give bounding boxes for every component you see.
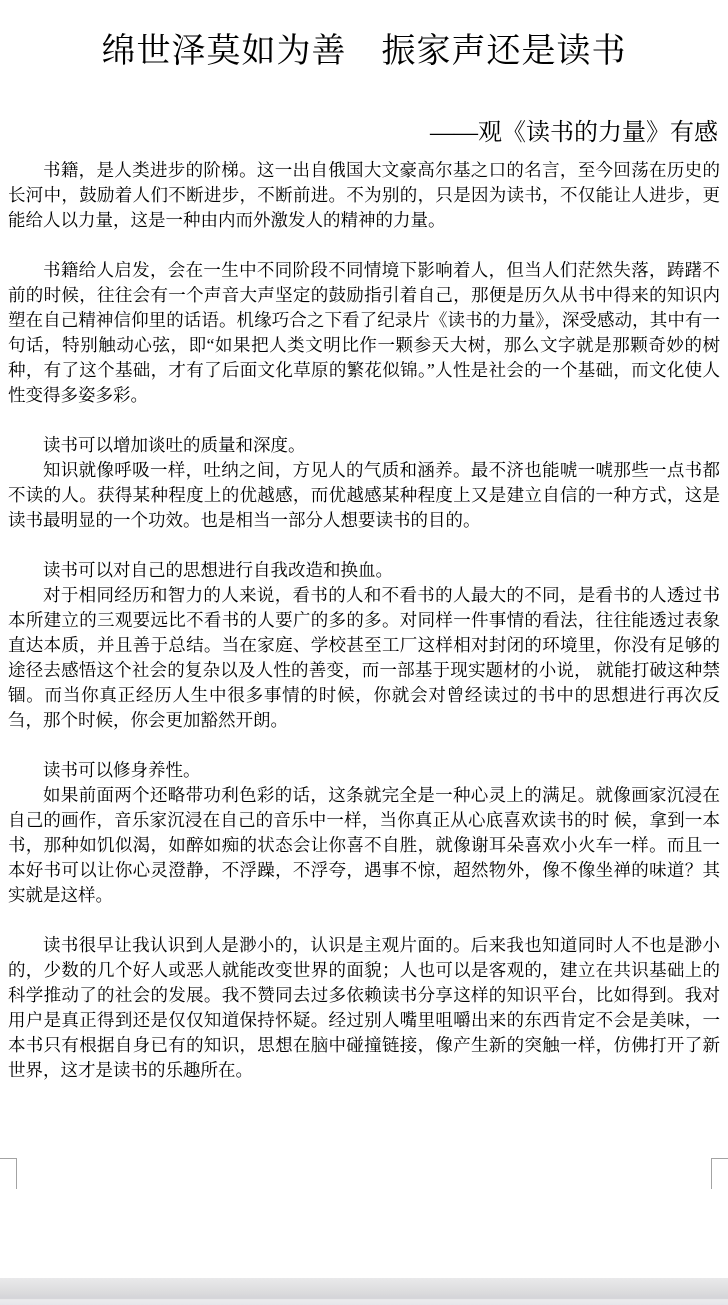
page-title: 绵世泽莫如为善 振家声还是读书 — [0, 28, 728, 76]
paragraph-block: 书籍，是人类进步的阶梯。这一出自俄国大文豪高尔基之口的名言，至今回荡在历史的长河… — [8, 158, 720, 233]
paragraph: 对于相同经历和智力的人来说，看书的人和不看书的人最大的不同，是看书的人透过书本所… — [8, 583, 720, 733]
document-page[interactable]: 绵世泽莫如为善 振家声还是读书 ——观《读书的力量》有感 书籍，是人类进步的阶梯… — [0, 0, 728, 1278]
paragraph: 书籍给人启发，会在一生中不同阶段不同情境下影响着人，但当人们茫然失落，踌躇不前的… — [8, 258, 720, 408]
margin-mark-bottom-right — [711, 1158, 728, 1189]
paragraph: 读书很早让我认识到人是渺小的，认识是主观片面的。后来我也知道同时人不也是渺小的，… — [8, 933, 720, 1083]
paragraph: 书籍，是人类进步的阶梯。这一出自俄国大文豪高尔基之口的名言，至今回荡在历史的长河… — [8, 158, 720, 233]
paragraph-block: 读书可以增加谈吐的质量和深度。知识就像呼吸一样，吐纳之间，方见人的气质和涵养。最… — [8, 433, 720, 533]
paragraph: 读书可以对自己的思想进行自我改造和换血。 — [8, 558, 720, 583]
paragraph: 读书可以修身养性。 — [8, 758, 720, 783]
margin-mark-bottom-left — [0, 1158, 17, 1189]
paragraph: 知识就像呼吸一样，吐纳之间，方见人的气质和涵养。最不济也能唬一唬那些一点书都不读… — [8, 458, 720, 533]
paragraph: 读书可以增加谈吐的质量和深度。 — [8, 433, 720, 458]
document-subtitle: ——观《读书的力量》有感 — [0, 116, 728, 150]
paragraph: 如果前面两个还略带功利色彩的话，这条就完全是一种心灵上的满足。就像画家沉浸在自己… — [8, 783, 720, 908]
document-body: 书籍，是人类进步的阶梯。这一出自俄国大文豪高尔基之口的名言，至今回荡在历史的长河… — [0, 158, 728, 1083]
paragraph-block: 读书很早让我认识到人是渺小的，认识是主观片面的。后来我也知道同时人不也是渺小的，… — [8, 933, 720, 1083]
paragraph-block: 读书可以对自己的思想进行自我改造和换血。对于相同经历和智力的人来说，看书的人和不… — [8, 558, 720, 733]
paragraph-block: 读书可以修身养性。如果前面两个还略带功利色彩的话，这条就完全是一种心灵上的满足。… — [8, 758, 720, 908]
paragraph-block: 书籍给人启发，会在一生中不同阶段不同情境下影响着人，但当人们茫然失落，踌躇不前的… — [8, 258, 720, 408]
document-viewport: 绵世泽莫如为善 振家声还是读书 ——观《读书的力量》有感 书籍，是人类进步的阶梯… — [0, 0, 728, 1305]
status-bar — [0, 1278, 728, 1305]
